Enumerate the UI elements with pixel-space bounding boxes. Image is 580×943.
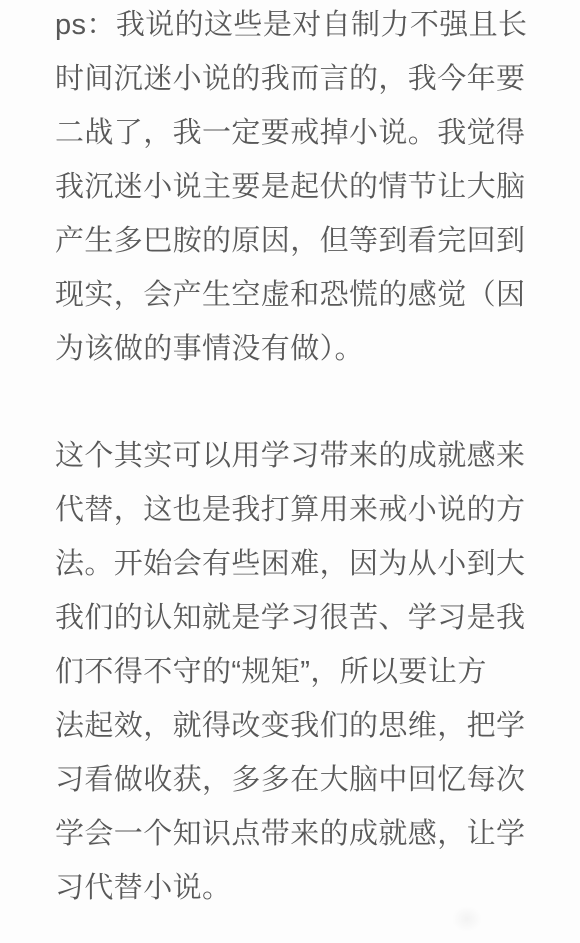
text-line: 习看做收获，多多在大脑中回忆每次 [55,753,535,807]
text-line: 我们的认知就是学习很苦、学习是我 [55,591,535,645]
paragraph-2: 这个其实可以用学习带来的成就感来 代替，这也是我打算用来戒小说的方 法。开始会有… [55,429,535,915]
watermark-smudge [452,906,482,932]
text-line: ps：我说的这些是对自制力不强且长 [55,0,535,52]
text-line: 法。开始会有些困难，因为从小到大 [55,537,535,591]
text-line: 为该做的事情没有做）。 [55,322,535,376]
text-line: 们不得不守的“规矩”，所以要让方 [55,645,535,699]
text-line: 产生多巴胺的原因，但等到看完回到 [55,214,535,268]
text-line: 现实，会产生空虚和恐慌的感觉（因 [55,268,535,322]
text-line: 法起效，就得改变我们的思维，把学 [55,699,535,753]
article-text: ps：我说的这些是对自制力不强且长 时间沉迷小说的我而言的，我今年要 二战了，我… [55,0,535,915]
text-line: 时间沉迷小说的我而言的，我今年要 [55,52,535,106]
text-line: 学会一个知识点带来的成就感，让学 [55,807,535,861]
paragraph-1: ps：我说的这些是对自制力不强且长 时间沉迷小说的我而言的，我今年要 二战了，我… [55,0,535,376]
text-line: 二战了，我一定要戒掉小说。我觉得 [55,106,535,160]
text-line: 这个其实可以用学习带来的成就感来 [55,429,535,483]
text-line: 我沉迷小说主要是起伏的情节让大脑 [55,160,535,214]
text-line: 代替，这也是我打算用来戒小说的方 [55,483,535,537]
